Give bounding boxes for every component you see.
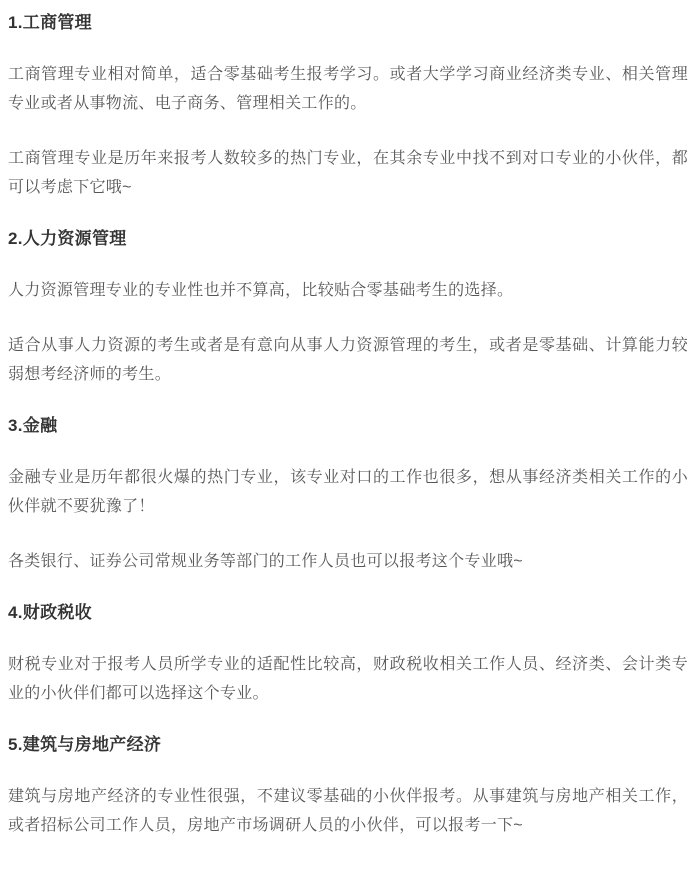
section-paragraph: 适合从事人力资源的考生或者是有意向从事人力资源管理的考生，或者是零基础、计算能力… bbox=[8, 331, 688, 389]
section-heading: 5.建筑与房地产经济 bbox=[8, 734, 688, 756]
section-heading: 3.金融 bbox=[8, 415, 688, 437]
section-heading: 2.人力资源管理 bbox=[8, 228, 688, 250]
section-paragraph: 工商管理专业是历年来报考人数较多的热门专业，在其余专业中找不到对口专业的小伙伴，… bbox=[8, 144, 688, 202]
section-heading: 4.财政税收 bbox=[8, 602, 688, 624]
section-paragraph: 建筑与房地产经济的专业性很强，不建议零基础的小伙伴报考。从事建筑与房地产相关工作… bbox=[8, 782, 688, 840]
article-section: 3.金融 金融专业是历年都很火爆的热门专业，该专业对口的工作也很多，想从事经济类… bbox=[8, 415, 688, 576]
section-paragraph: 财税专业对于报考人员所学专业的适配性比较高，财政税收相关工作人员、经济类、会计类… bbox=[8, 650, 688, 708]
article: 1.工商管理 工商管理专业相对简单，适合零基础考生报考学习。或者大学学习商业经济… bbox=[0, 0, 696, 880]
section-paragraph: 各类银行、证券公司常规业务等部门的工作人员也可以报考这个专业哦~ bbox=[8, 547, 688, 576]
article-section: 4.财政税收 财税专业对于报考人员所学专业的适配性比较高，财政税收相关工作人员、… bbox=[8, 602, 688, 708]
article-section: 2.人力资源管理 人力资源管理专业的专业性也并不算高，比较贴合零基础考生的选择。… bbox=[8, 228, 688, 389]
section-paragraph: 人力资源管理专业的专业性也并不算高，比较贴合零基础考生的选择。 bbox=[8, 276, 688, 305]
section-paragraph: 工商管理专业相对简单，适合零基础考生报考学习。或者大学学习商业经济类专业、相关管… bbox=[8, 60, 688, 118]
section-paragraph: 金融专业是历年都很火爆的热门专业，该专业对口的工作也很多，想从事经济类相关工作的… bbox=[8, 463, 688, 521]
section-heading: 1.工商管理 bbox=[8, 12, 688, 34]
article-section: 1.工商管理 工商管理专业相对简单，适合零基础考生报考学习。或者大学学习商业经济… bbox=[8, 12, 688, 202]
article-section: 5.建筑与房地产经济 建筑与房地产经济的专业性很强，不建议零基础的小伙伴报考。从… bbox=[8, 734, 688, 840]
